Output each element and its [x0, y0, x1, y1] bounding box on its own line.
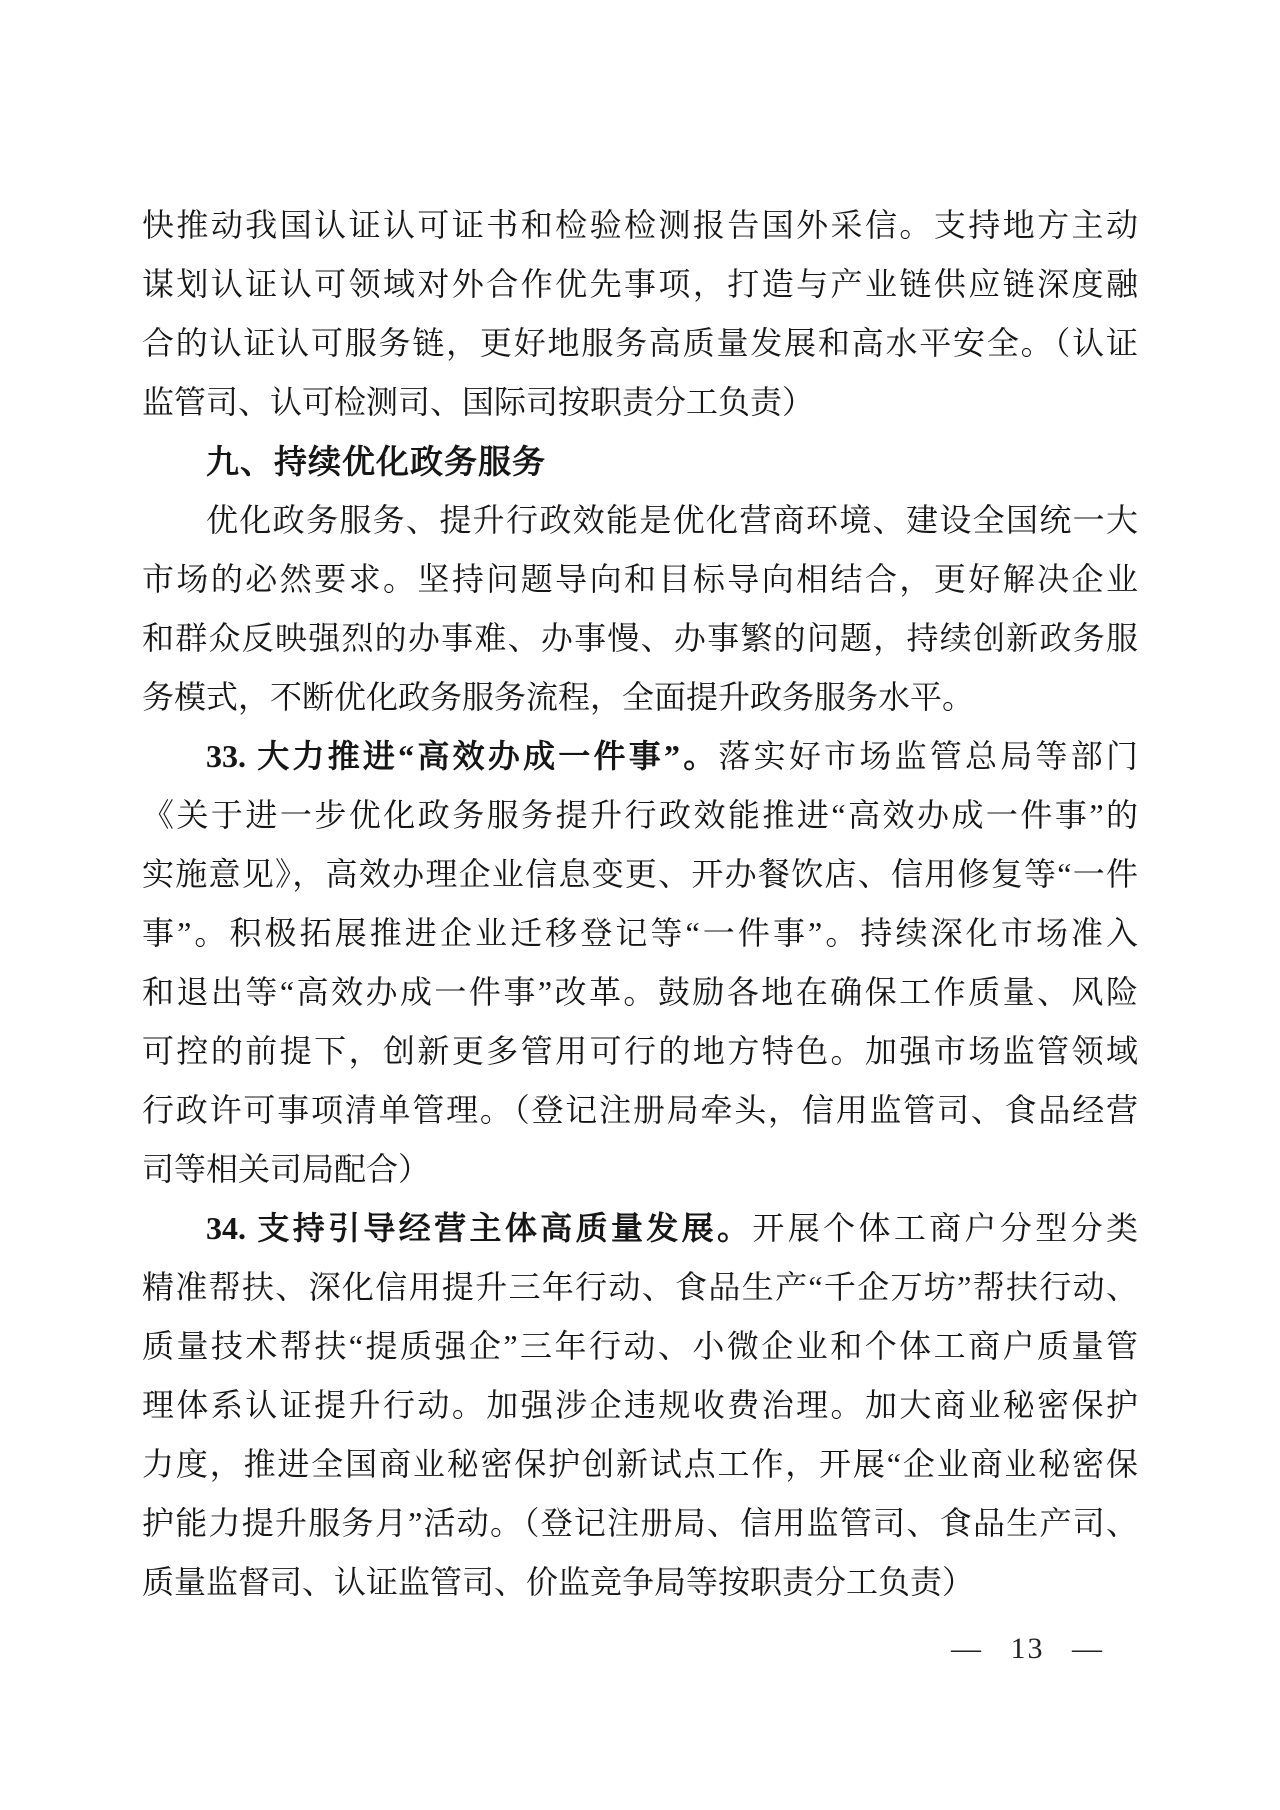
body-text: 实施意见》，高效办理企业信息变更、开办餐饮店、信用修复等“一件 — [142, 856, 1138, 892]
body-text: 快推动我国认证认可证书和检验检测报告国外采信。支持地方主动 — [142, 207, 1138, 243]
item-title-text: 33. 大力推进“高效办成一件事”。 — [206, 738, 718, 774]
body-text: 质量技术帮扶“提质强企”三年行动、小微企业和个体工商户质量管 — [142, 1328, 1138, 1364]
body-text: 质量监督司、认证监管司、价监竞争局等按职责分工负责） — [142, 1564, 974, 1600]
body-text: 护能力提升服务月”活动。（登记注册局、信用监管司、食品生产司、 — [142, 1505, 1138, 1541]
body-text: 和退出等“高效办成一件事”改革。鼓励各地在确保工作质量、风险 — [142, 974, 1138, 1010]
text-line: 谋划认证认可领域对外合作优先事项，打造与产业链供应链深度融 — [142, 255, 1138, 314]
text-line: 和退出等“高效办成一件事”改革。鼓励各地在确保工作质量、风险 — [142, 963, 1138, 1022]
text-line: 行政许可事项清单管理。（登记注册局牵头，信用监管司、食品经营 — [142, 1081, 1138, 1140]
paragraph: 优化政务服务、提升行政效能是优化营商环境、建设全国统一大市场的必然要求。坚持问题… — [142, 491, 1138, 727]
text-line: 司等相关司局配合） — [142, 1140, 1138, 1199]
text-line: 质量技术帮扶“提质强企”三年行动、小微企业和个体工商户质量管 — [142, 1317, 1138, 1376]
item-title-text: 34. 支持引导经营主体高质量发展。 — [206, 1210, 752, 1246]
text-line: 务模式，不断优化政务服务流程，全面提升政务服务水平。 — [142, 668, 1138, 727]
body-text: 理体系认证提升行动。加强涉企违规收费治理。加大商业秘密保护 — [142, 1387, 1138, 1423]
text-line: 护能力提升服务月”活动。（登记注册局、信用监管司、食品生产司、 — [142, 1494, 1138, 1553]
body-text: 可控的前提下，创新更多管用可行的地方特色。加强市场监管领域 — [142, 1033, 1138, 1069]
body-text: 司等相关司局配合） — [142, 1151, 430, 1187]
body-text: 事”。积极拓展推进企业迁移登记等“一件事”。持续深化市场准入 — [142, 915, 1138, 951]
page-number: — 13 — — [951, 1629, 1104, 1669]
text-line: 实施意见》，高效办理企业信息变更、开办餐饮店、信用修复等“一件 — [142, 845, 1138, 904]
text-line: 精准帮扶、深化信用提升三年行动、食品生产“千企万坊”帮扶行动、 — [142, 1258, 1138, 1317]
item-title-text: 九、持续优化政务服务 — [206, 443, 546, 480]
body-text: 精准帮扶、深化信用提升三年行动、食品生产“千企万坊”帮扶行动、 — [142, 1269, 1138, 1305]
body-text: 力度，推进全国商业秘密保护创新试点工作，开展“企业商业秘密保 — [142, 1446, 1138, 1482]
body-text: 行政许可事项清单管理。（登记注册局牵头，信用监管司、食品经营 — [142, 1092, 1138, 1128]
text-line: 优化政务服务、提升行政效能是优化营商环境、建设全国统一大 — [142, 491, 1138, 550]
text-line: 力度，推进全国商业秘密保护创新试点工作，开展“企业商业秘密保 — [142, 1435, 1138, 1494]
paragraph: 34. 支持引导经营主体高质量发展。开展个体工商户分型分类精准帮扶、深化信用提升… — [142, 1199, 1138, 1612]
text-line: 监管司、认可检测司、国际司按职责分工负责） — [142, 373, 1138, 432]
text-line: 可控的前提下，创新更多管用可行的地方特色。加强市场监管领域 — [142, 1022, 1138, 1081]
paragraph: 33. 大力推进“高效办成一件事”。落实好市场监管总局等部门《关于进一步优化政务… — [142, 727, 1138, 1199]
body-text: 落实好市场监管总局等部门 — [718, 738, 1138, 774]
text-line: 质量监督司、认证监管司、价监竞争局等按职责分工负责） — [142, 1553, 1138, 1612]
text-line: 合的认证认可服务链，更好地服务高质量发展和高水平安全。（认证 — [142, 314, 1138, 373]
body-text: 谋划认证认可领域对外合作优先事项，打造与产业链供应链深度融 — [142, 266, 1138, 302]
body-text: 监管司、认可检测司、国际司按职责分工负责） — [142, 384, 814, 420]
body-text: 开展个体工商户分型分类 — [752, 1210, 1138, 1246]
body-text: 务模式，不断优化政务服务流程，全面提升政务服务水平。 — [142, 679, 974, 715]
text-line: 和群众反映强烈的办事难、办事慢、办事繁的问题，持续创新政务服 — [142, 609, 1138, 668]
document-body: 快推动我国认证认可证书和检验检测报告国外采信。支持地方主动谋划认证认可领域对外合… — [142, 196, 1138, 1612]
text-line: 《关于进一步优化政务服务提升行政效能推进“高效办成一件事”的 — [142, 786, 1138, 845]
paragraph: 快推动我国认证认可证书和检验检测报告国外采信。支持地方主动谋划认证认可领域对外合… — [142, 196, 1138, 432]
text-line: 34. 支持引导经营主体高质量发展。开展个体工商户分型分类 — [142, 1199, 1138, 1258]
body-text: 和群众反映强烈的办事难、办事慢、办事繁的问题，持续创新政务服 — [142, 620, 1138, 656]
text-line: 市场的必然要求。坚持问题导向和目标导向相结合，更好解决企业 — [142, 550, 1138, 609]
text-line: 事”。积极拓展推进企业迁移登记等“一件事”。持续深化市场准入 — [142, 904, 1138, 963]
body-text: 《关于进一步优化政务服务提升行政效能推进“高效办成一件事”的 — [142, 797, 1138, 833]
text-line: 九、持续优化政务服务 — [142, 432, 1138, 491]
text-line: 理体系认证提升行动。加强涉企违规收费治理。加大商业秘密保护 — [142, 1376, 1138, 1435]
text-line: 快推动我国认证认可证书和检验检测报告国外采信。支持地方主动 — [142, 196, 1138, 255]
text-line: 33. 大力推进“高效办成一件事”。落实好市场监管总局等部门 — [142, 727, 1138, 786]
section-heading: 九、持续优化政务服务 — [142, 432, 1138, 491]
body-text: 合的认证认可服务链，更好地服务高质量发展和高水平安全。（认证 — [142, 325, 1138, 361]
body-text: 优化政务服务、提升行政效能是优化营商环境、建设全国统一大 — [206, 502, 1138, 538]
document-page: 快推动我国认证认可证书和检验检测报告国外采信。支持地方主动谋划认证认可领域对外合… — [0, 0, 1280, 1810]
body-text: 市场的必然要求。坚持问题导向和目标导向相结合，更好解决企业 — [142, 561, 1138, 597]
